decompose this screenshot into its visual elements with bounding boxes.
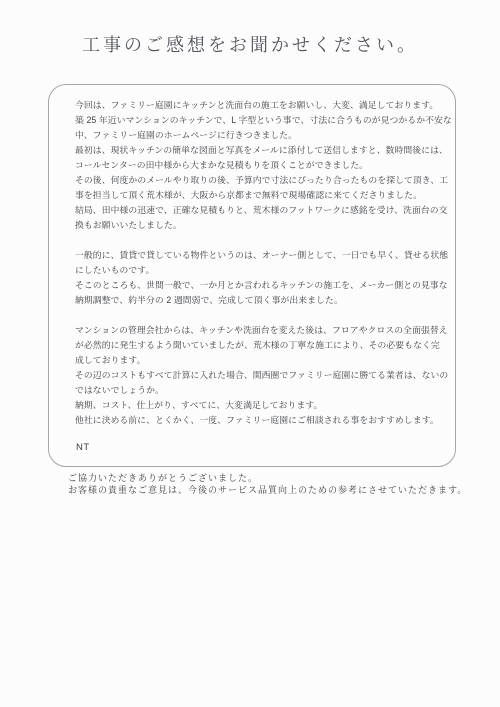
feedback-text-line: 納期、コスト、仕上がり、すべてに、大変満足しております。 bbox=[75, 398, 429, 413]
feedback-text-line: マンションの管理会社からは、キッチンや洗面台を変えた後は、フロアやクロスの全面張… bbox=[75, 323, 429, 338]
feedback-text-line: にしたいものです。 bbox=[75, 263, 429, 278]
feedback-text-line: ではないでしょうか。 bbox=[75, 383, 429, 398]
feedback-text-line: その後、何度かのメールやり取りの後、予算内で寸法にぴったり合ったものを探して頂き… bbox=[75, 173, 429, 188]
feedback-text-line: コールセンターの田中様から大まかな見積もりを頂くことができました。 bbox=[75, 158, 429, 173]
feedback-text-line: その辺のコストもすべて計算に入れた場合、関西圏でファミリー庭園に勝てる業者は、な… bbox=[75, 368, 429, 383]
feedback-text-line: 事を担当して頂く荒木様が、大阪から京都まで無料で現場確認に来てくださりました。 bbox=[75, 188, 429, 203]
scanned-feedback-document: 工事のご感想をお聞かせください。 今回は、ファミリー庭園にキッチンと洗面台の施工… bbox=[0, 0, 500, 707]
feedback-paragraph-schedule: 一般的に、賃貸で貸している物件というのは、オーナー側として、一日でも早く、貸せる… bbox=[75, 248, 429, 308]
feedback-text-line: 納期調整で、約半分の 2 週間弱で、完成して頂く事が出来ました。 bbox=[75, 293, 429, 308]
feedback-text-line: そこのところも、世間一般で、一か月とか言われるキッチンの施工を、メーカー側との見… bbox=[75, 278, 429, 293]
feedback-text-line: 一般的に、賃貸で貸している物件というのは、オーナー側として、一日でも早く、貸せる… bbox=[75, 248, 429, 263]
footer-note: ご協力いただきありがとうございました。 お客様の貴重なご意見は、今後のサービス品… bbox=[68, 473, 467, 496]
feedback-box: 今回は、ファミリー庭園にキッチンと洗面台の施工をお願いし、大変、満足しております… bbox=[48, 84, 456, 467]
feedback-text-line: 最初は、現状キッチンの簡単な図面と写真をメールに添付して送信しますと、数時間後に… bbox=[75, 143, 429, 158]
footer-line-usage: お客様の貴重なご意見は、今後のサービス品質向上のための参考にさせていただきます。 bbox=[68, 485, 467, 497]
feedback-text-line: 築 25 年近いマンションのキッチンで、L 字型という事で、寸法に合うものが見つ… bbox=[75, 113, 429, 128]
feedback-text-line: 今回は、ファミリー庭園にキッチンと洗面台の施工をお願いし、大変、満足しております… bbox=[75, 98, 429, 113]
page-title: 工事のご感想をお聞かせください。 bbox=[0, 0, 500, 57]
footer-line-thanks: ご協力いただきありがとうございました。 bbox=[68, 473, 467, 485]
feedback-paragraph-intro: 今回は、ファミリー庭園にキッチンと洗面台の施工をお願いし、大変、満足しております… bbox=[75, 98, 429, 233]
feedback-text-line: が必然的に発生するよう聞いていましたが、荒木様の丁寧な施工により、その必要もなく… bbox=[75, 338, 429, 353]
feedback-text-line: 結局、田中様の迅速で、正確な見積もりと、荒木様のフットワークに感銘を受け、洗面台… bbox=[75, 203, 429, 218]
feedback-text-line: 成しております。 bbox=[75, 353, 429, 368]
feedback-paragraph-conclusion: マンションの管理会社からは、キッチンや洗面台を変えた後は、フロアやクロスの全面張… bbox=[75, 323, 429, 428]
feedback-text-line: 中、ファミリー庭園のホームページに行きつきました。 bbox=[75, 128, 429, 143]
signature-initials: NT bbox=[76, 442, 90, 453]
feedback-text-line: 換もお願いいたしました。 bbox=[75, 218, 429, 233]
feedback-text-line: 他社に決める前に、とくかく、一度、ファミリー庭園にご相談される事をおすすめします… bbox=[75, 413, 429, 428]
